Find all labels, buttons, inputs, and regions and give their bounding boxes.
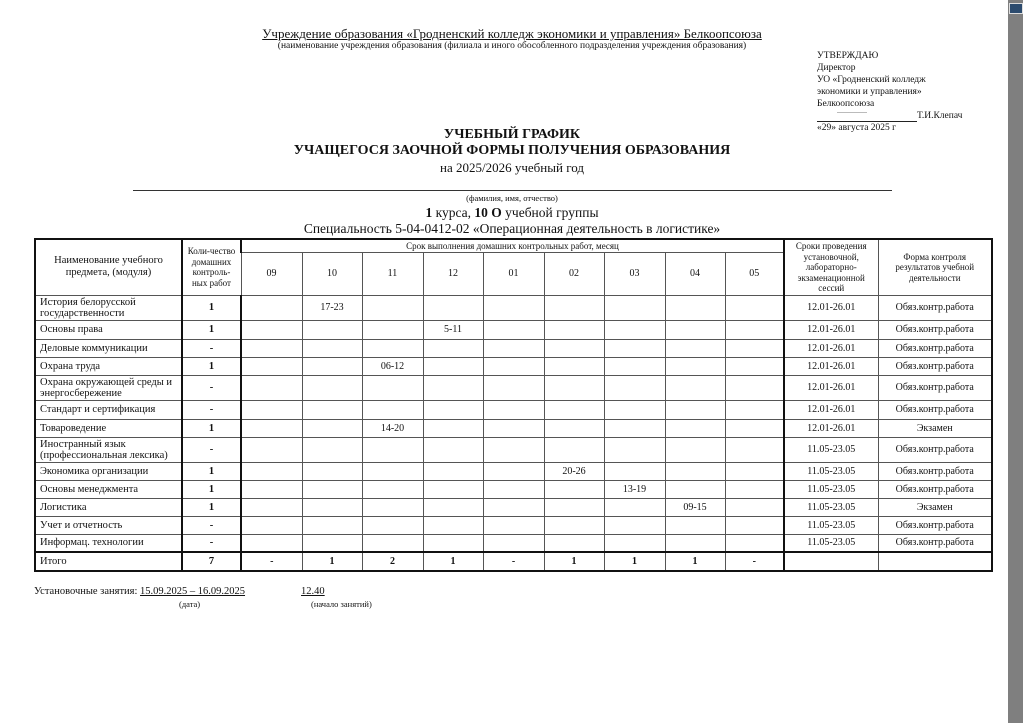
- month-cell-12: [423, 498, 483, 516]
- month-cell-10: [302, 419, 362, 437]
- month-cell-05: [725, 534, 784, 552]
- header-month-10: 10: [302, 252, 362, 295]
- approval-block: УТВЕРЖДАЮ Директор УО «Гродненский колле…: [817, 50, 962, 134]
- month-cell-04: [665, 516, 725, 534]
- month-cell-04: [665, 480, 725, 498]
- header-row: Наименование учебного предмета, (модуля)…: [35, 239, 992, 252]
- window-icon[interactable]: [1009, 3, 1023, 14]
- month-cell-04: [665, 462, 725, 480]
- month-cell-09: [241, 419, 302, 437]
- month-cell-09: [241, 339, 302, 357]
- month-cell-03: [604, 339, 665, 357]
- month-cell-10: [302, 462, 362, 480]
- work-count: -: [182, 375, 241, 400]
- work-count: -: [182, 437, 241, 462]
- month-cell-05: [725, 339, 784, 357]
- month-cell-03: [604, 419, 665, 437]
- month-cell-03: [604, 357, 665, 375]
- month-cell-02: [544, 295, 604, 320]
- month-cell-12: [423, 462, 483, 480]
- month-cell-04: 1: [665, 552, 725, 571]
- month-cell-10: [302, 320, 362, 339]
- month-cell-11: 14-20: [362, 419, 423, 437]
- header-month-03: 03: [604, 252, 665, 295]
- side-scrollbar-strip[interactable]: [1008, 0, 1023, 723]
- header-sessions: Сроки проведения установочной, лаборатор…: [784, 239, 878, 295]
- control-form: Обяз.контр.работа: [878, 295, 992, 320]
- fio-note: (фамилия, имя, отчество): [0, 193, 1024, 203]
- session-dates: 11.05-23.05: [784, 462, 878, 480]
- month-cell-11: [362, 375, 423, 400]
- month-cell-09: [241, 437, 302, 462]
- month-cell-11: [362, 516, 423, 534]
- month-cell-01: [483, 357, 544, 375]
- month-cell-03: [604, 400, 665, 419]
- approval-org-line1: УО «Гродненский колледж: [817, 74, 962, 86]
- month-cell-02: 1: [544, 552, 604, 571]
- month-cell-12: [423, 400, 483, 419]
- academic-year: на 2025/2026 учебный год: [0, 160, 1024, 176]
- approval-signer: Т.И.Клепач: [917, 111, 962, 121]
- table-row: Основы менеджмента113-1911.05-23.05Обяз.…: [35, 480, 992, 498]
- setup-classes: Установочные занятия: 15.09.2025 – 16.09…: [34, 586, 325, 597]
- session-dates: 12.01-26.01: [784, 400, 878, 419]
- month-cell-01: [483, 462, 544, 480]
- time-note: (начало занятий): [311, 599, 372, 609]
- month-cell-01: [483, 480, 544, 498]
- month-cell-04: [665, 419, 725, 437]
- month-cell-04: [665, 400, 725, 419]
- work-count: 1: [182, 295, 241, 320]
- month-cell-11: [362, 320, 423, 339]
- month-cell-03: [604, 320, 665, 339]
- control-form: Обяз.контр.работа: [878, 357, 992, 375]
- control-form: [878, 552, 992, 571]
- control-form: Обяз.контр.работа: [878, 437, 992, 462]
- month-cell-11: [362, 339, 423, 357]
- approval-signature-line: Т.И.Клепач: [817, 110, 962, 122]
- month-cell-04: [665, 320, 725, 339]
- month-cell-10: 1: [302, 552, 362, 571]
- table-row: История белорусской государственности117…: [35, 295, 992, 320]
- month-cell-05: [725, 295, 784, 320]
- month-cell-03: 13-19: [604, 480, 665, 498]
- month-cell-10: [302, 534, 362, 552]
- subject-name: Учет и отчетность: [35, 516, 182, 534]
- header-subject: Наименование учебного предмета, (модуля): [35, 239, 182, 295]
- session-dates: 11.05-23.05: [784, 516, 878, 534]
- header-control: Форма контроля результатов учебной деяте…: [878, 239, 992, 295]
- month-cell-01: [483, 320, 544, 339]
- month-cell-09: [241, 375, 302, 400]
- header-period: Срок выполнения домашних контрольных раб…: [241, 239, 784, 252]
- month-cell-04: [665, 357, 725, 375]
- work-count: 1: [182, 498, 241, 516]
- header-month-11: 11: [362, 252, 423, 295]
- header-month-12: 12: [423, 252, 483, 295]
- institution-name: Учреждение образования «Гродненский колл…: [0, 26, 1024, 42]
- schedule-table: Наименование учебного предмета, (модуля)…: [34, 238, 993, 572]
- month-cell-02: [544, 419, 604, 437]
- month-cell-05: [725, 462, 784, 480]
- month-cell-05: [725, 400, 784, 419]
- session-dates: [784, 552, 878, 571]
- table-row: Основы права15-1112.01-26.01Обяз.контр.р…: [35, 320, 992, 339]
- month-cell-01: [483, 516, 544, 534]
- month-cell-12: [423, 534, 483, 552]
- setup-dates: 15.09.2025 – 16.09.2025: [140, 586, 245, 597]
- group-number: 10 О: [474, 205, 501, 220]
- month-cell-10: [302, 400, 362, 419]
- control-form: Обяз.контр.работа: [878, 400, 992, 419]
- month-cell-09: [241, 357, 302, 375]
- subject-name: Информац. технологии: [35, 534, 182, 552]
- month-cell-02: [544, 400, 604, 419]
- month-cell-04: [665, 375, 725, 400]
- setup-label: Установочные занятия:: [34, 586, 140, 597]
- month-cell-01: [483, 400, 544, 419]
- group-word: учебной группы: [502, 205, 599, 220]
- control-form: Обяз.контр.работа: [878, 462, 992, 480]
- approval-org-line2: экономики и управления»: [817, 86, 962, 98]
- work-count: -: [182, 534, 241, 552]
- session-dates: 11.05-23.05: [784, 534, 878, 552]
- month-cell-05: [725, 516, 784, 534]
- month-cell-12: [423, 357, 483, 375]
- month-cell-09: [241, 498, 302, 516]
- month-cell-12: 5-11: [423, 320, 483, 339]
- table-row: Иностранный язык (профессиональная лекси…: [35, 437, 992, 462]
- header-count: Коли-чество домашних контроль-ных работ: [182, 239, 241, 295]
- work-count: -: [182, 516, 241, 534]
- table-row: Деловые коммуникации-12.01-26.01Обяз.кон…: [35, 339, 992, 357]
- table-row: Логистика109-1511.05-23.05Экзамен: [35, 498, 992, 516]
- month-cell-12: [423, 419, 483, 437]
- month-cell-05: [725, 375, 784, 400]
- month-cell-05: [725, 357, 784, 375]
- month-cell-01: [483, 339, 544, 357]
- month-cell-09: -: [241, 552, 302, 571]
- month-cell-03: [604, 462, 665, 480]
- month-cell-01: [483, 295, 544, 320]
- month-cell-04: [665, 339, 725, 357]
- month-cell-04: [665, 437, 725, 462]
- month-cell-09: [241, 534, 302, 552]
- session-dates: 12.01-26.01: [784, 419, 878, 437]
- work-count: 1: [182, 320, 241, 339]
- month-cell-10: [302, 498, 362, 516]
- header-month-01: 01: [483, 252, 544, 295]
- control-form: Обяз.контр.работа: [878, 480, 992, 498]
- table-row: Охрана труда106-1212.01-26.01Обяз.контр.…: [35, 357, 992, 375]
- control-form: Обяз.контр.работа: [878, 339, 992, 357]
- month-cell-10: [302, 357, 362, 375]
- subject-name: Иностранный язык (профессиональная лекси…: [35, 437, 182, 462]
- month-cell-12: [423, 480, 483, 498]
- month-cell-10: [302, 480, 362, 498]
- header-month-09: 09: [241, 252, 302, 295]
- month-cell-12: [423, 339, 483, 357]
- subject-name: Основы менеджмента: [35, 480, 182, 498]
- subject-name: Товароведение: [35, 419, 182, 437]
- month-cell-02: [544, 437, 604, 462]
- header-month-05: 05: [725, 252, 784, 295]
- month-cell-02: [544, 320, 604, 339]
- document-subtitle: УЧАЩЕГОСЯ ЗАОЧНОЙ ФОРМЫ ПОЛУЧЕНИЯ ОБРАЗО…: [0, 143, 1024, 159]
- month-cell-12: 1: [423, 552, 483, 571]
- table-row: Охрана окружающей среды и энергосбережен…: [35, 375, 992, 400]
- month-cell-09: [241, 320, 302, 339]
- month-cell-05: -: [725, 552, 784, 571]
- table-row: Информац. технологии-11.05-23.05Обяз.кон…: [35, 534, 992, 552]
- table-row: Товароведение114-2012.01-26.01Экзамен: [35, 419, 992, 437]
- control-form: Экзамен: [878, 498, 992, 516]
- control-form: Обяз.контр.работа: [878, 320, 992, 339]
- work-count: 1: [182, 357, 241, 375]
- month-cell-01: -: [483, 552, 544, 571]
- month-cell-11: [362, 480, 423, 498]
- session-dates: 12.01-26.01: [784, 320, 878, 339]
- control-form: Обяз.контр.работа: [878, 534, 992, 552]
- month-cell-04: [665, 534, 725, 552]
- month-cell-04: [665, 295, 725, 320]
- month-cell-11: [362, 437, 423, 462]
- month-cell-10: [302, 375, 362, 400]
- month-cell-10: [302, 339, 362, 357]
- month-cell-05: [725, 437, 784, 462]
- month-cell-11: 06-12: [362, 357, 423, 375]
- month-cell-03: [604, 375, 665, 400]
- approval-position: Директор: [817, 62, 962, 74]
- table-row: Экономика организации120-2611.05-23.05Об…: [35, 462, 992, 480]
- month-cell-01: [483, 375, 544, 400]
- subject-name: Охрана труда: [35, 357, 182, 375]
- table-row: Стандарт и сертификация-12.01-26.01Обяз.…: [35, 400, 992, 419]
- month-cell-09: [241, 295, 302, 320]
- approval-org-line3: Белкоопсоюза: [817, 98, 962, 110]
- subject-name: Итого: [35, 552, 182, 571]
- month-cell-10: [302, 516, 362, 534]
- subject-name: Основы права: [35, 320, 182, 339]
- month-cell-02: [544, 534, 604, 552]
- month-cell-05: [725, 320, 784, 339]
- work-count: 7: [182, 552, 241, 571]
- subject-name: Охрана окружающей среды и энергосбережен…: [35, 375, 182, 400]
- session-dates: 11.05-23.05: [784, 498, 878, 516]
- month-cell-02: [544, 339, 604, 357]
- dates-note: (дата): [179, 599, 200, 609]
- header-month-02: 02: [544, 252, 604, 295]
- session-dates: 12.01-26.01: [784, 375, 878, 400]
- work-count: 1: [182, 480, 241, 498]
- table-row: Учет и отчетность-11.05-23.05Обяз.контр.…: [35, 516, 992, 534]
- month-cell-03: [604, 516, 665, 534]
- month-cell-02: [544, 498, 604, 516]
- month-cell-02: [544, 375, 604, 400]
- control-form: Обяз.контр.работа: [878, 375, 992, 400]
- month-cell-12: [423, 516, 483, 534]
- month-cell-12: [423, 375, 483, 400]
- course-group: 1 курса, 10 О учебной группы: [0, 205, 1024, 221]
- month-cell-11: [362, 400, 423, 419]
- control-form: Экзамен: [878, 419, 992, 437]
- approval-heading: УТВЕРЖДАЮ: [817, 50, 962, 62]
- month-cell-04: 09-15: [665, 498, 725, 516]
- month-cell-03: [604, 437, 665, 462]
- month-cell-03: [604, 534, 665, 552]
- month-cell-10: 17-23: [302, 295, 362, 320]
- month-cell-03: [604, 498, 665, 516]
- month-cell-09: [241, 480, 302, 498]
- month-cell-02: [544, 480, 604, 498]
- month-cell-02: [544, 516, 604, 534]
- course-word: курса,: [432, 205, 474, 220]
- work-count: 1: [182, 462, 241, 480]
- month-cell-01: [483, 534, 544, 552]
- total-row: Итого7-121-111-: [35, 552, 992, 571]
- session-dates: 12.01-26.01: [784, 339, 878, 357]
- subject-name: История белорусской государственности: [35, 295, 182, 320]
- month-cell-11: [362, 462, 423, 480]
- month-cell-02: [544, 357, 604, 375]
- month-cell-01: [483, 419, 544, 437]
- specialty: Специальность 5-04-0412-02 «Операционная…: [0, 221, 1024, 237]
- month-cell-11: [362, 498, 423, 516]
- session-dates: 11.05-23.05: [784, 437, 878, 462]
- month-cell-03: [604, 295, 665, 320]
- month-cell-11: [362, 295, 423, 320]
- session-dates: 12.01-26.01: [784, 357, 878, 375]
- month-cell-09: [241, 400, 302, 419]
- month-cell-10: [302, 437, 362, 462]
- month-cell-11: 2: [362, 552, 423, 571]
- work-count: -: [182, 400, 241, 419]
- session-dates: 12.01-26.01: [784, 295, 878, 320]
- month-cell-12: [423, 437, 483, 462]
- month-cell-01: [483, 437, 544, 462]
- subject-name: Логистика: [35, 498, 182, 516]
- month-cell-05: [725, 480, 784, 498]
- month-cell-09: [241, 516, 302, 534]
- document-title: УЧЕБНЫЙ ГРАФИК: [0, 127, 1024, 143]
- session-dates: 11.05-23.05: [784, 480, 878, 498]
- month-cell-05: [725, 419, 784, 437]
- control-form: Обяз.контр.работа: [878, 516, 992, 534]
- header-month-04: 04: [665, 252, 725, 295]
- work-count: -: [182, 339, 241, 357]
- month-cell-09: [241, 462, 302, 480]
- month-cell-01: [483, 498, 544, 516]
- month-cell-12: [423, 295, 483, 320]
- month-cell-05: [725, 498, 784, 516]
- subject-name: Стандарт и сертификация: [35, 400, 182, 419]
- subject-name: Экономика организации: [35, 462, 182, 480]
- work-count: 1: [182, 419, 241, 437]
- month-cell-02: 20-26: [544, 462, 604, 480]
- setup-time: 12.40: [301, 586, 325, 597]
- fio-underline: [133, 190, 892, 191]
- month-cell-11: [362, 534, 423, 552]
- subject-name: Деловые коммуникации: [35, 339, 182, 357]
- month-cell-03: 1: [604, 552, 665, 571]
- signature-mark: [817, 110, 917, 122]
